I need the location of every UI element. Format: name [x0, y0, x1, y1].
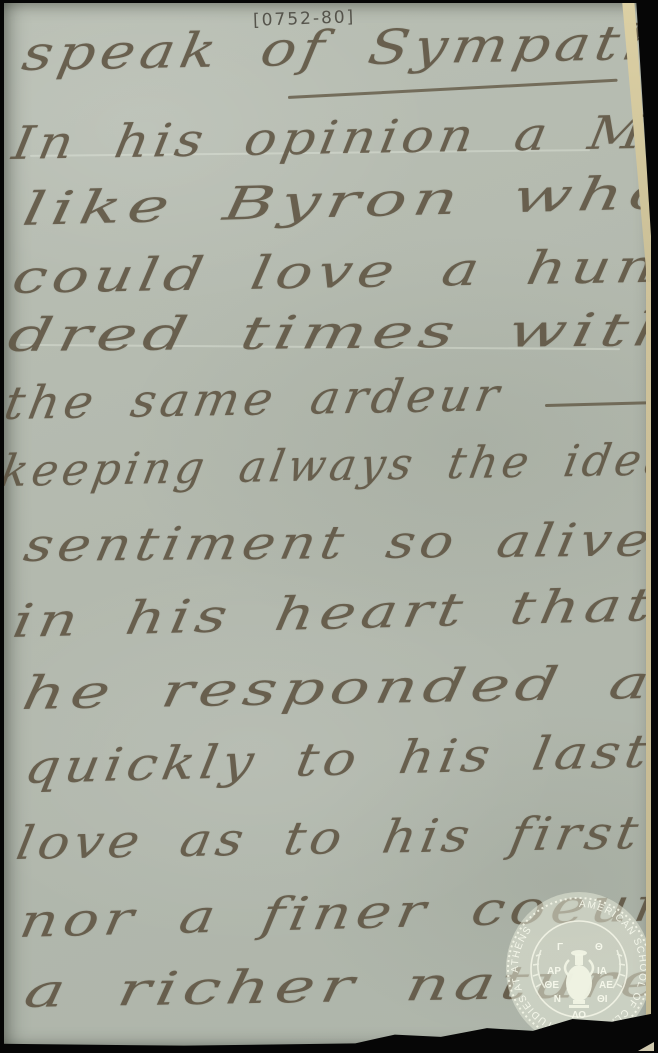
seal-greek-letter: Θ	[595, 942, 603, 953]
seal-greek-letter: Γ	[557, 942, 563, 953]
seal-greek-letter: ΘΙ	[597, 994, 608, 1005]
handwriting-line: the same ardeur	[0, 367, 507, 430]
handwriting-line: speak of Sympathie	[18, 14, 658, 82]
handwriting-line: could love a hun-	[8, 238, 658, 304]
seal-greek-letter: ΘΕ	[545, 980, 560, 991]
seal-greek-letter: ΙΑ	[597, 966, 607, 977]
handwriting-line: sentiment so alive	[20, 513, 658, 572]
scan-background-edge	[651, 0, 658, 1053]
handwriting-line: he responded as	[18, 654, 658, 720]
seal-greek-letter: ΑΡ	[547, 966, 561, 977]
handwriting-line: dred times with	[4, 302, 658, 362]
seal-greek-letter: Ν	[554, 994, 561, 1005]
handwriting-line: In his opinion a Man	[8, 104, 658, 170]
scan-background-edge	[0, 0, 4, 1053]
scan-background-edge	[0, 0, 658, 3]
handwriting-line: love as to his first	[12, 805, 646, 870]
seal-greek-letter: ΑΕ	[599, 980, 613, 991]
scanned-letter-page: [0752-80] speak of Sympathie In his opin…	[0, 0, 658, 1053]
